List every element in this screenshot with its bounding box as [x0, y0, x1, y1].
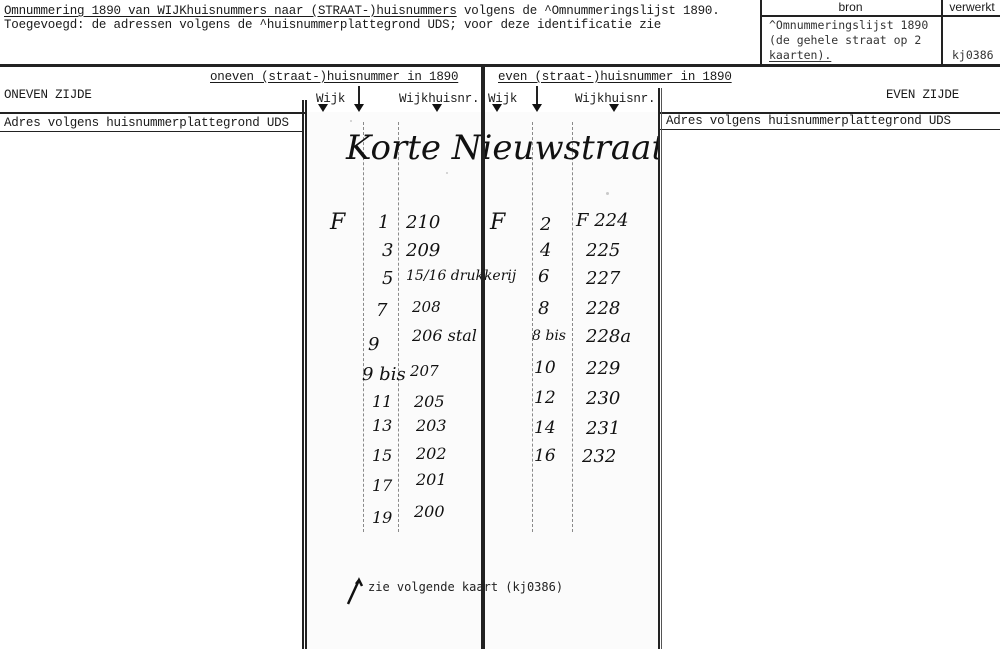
- odd-street-nr: 15: [372, 446, 392, 465]
- footnote-text: zie volgende kaart (kj0386): [368, 580, 563, 594]
- scan-right-border-inner: [661, 88, 662, 649]
- even-wijk-nr: 229: [586, 358, 620, 379]
- odd-street-nr: 3: [382, 240, 393, 261]
- even-street-nr: 12: [534, 388, 556, 408]
- odd-street-nr: 1: [378, 212, 389, 233]
- even-wijk-nr: 231: [586, 418, 620, 439]
- bron-header: bron: [760, 0, 941, 14]
- left-address-header: Adres volgens huisnummerplattegrond UDS: [4, 116, 289, 130]
- bron-line-2: (de gehele straat op 2: [769, 33, 928, 48]
- even-wijk-arrow-icon: [492, 104, 502, 112]
- even-wijk-nr: F 224: [576, 210, 629, 231]
- title-suffix: volgens de ^Omnummeringslijst 1890.: [457, 4, 720, 18]
- scan-left-border-inner: [305, 100, 307, 649]
- scan-rule: [532, 122, 533, 532]
- odd-wijk-nr: 201: [416, 470, 447, 489]
- scan-rule: [572, 122, 573, 532]
- even-street-nr: 2: [540, 214, 551, 235]
- scan-rule: [363, 122, 364, 532]
- bron-line-3: kaarten).: [769, 48, 928, 63]
- odd-wijkhuisnr-arrow-icon: [432, 104, 442, 112]
- odd-street-number-header: oneven (straat-)huisnummer in 1890: [210, 70, 458, 84]
- header-separator: [0, 64, 1000, 67]
- bron-line-1: ^Omnummeringslijst 1890: [769, 18, 928, 33]
- odd-street-nr: 9: [368, 334, 379, 355]
- pencil-mark-icon: [346, 576, 364, 606]
- source-box-header-line: [760, 15, 1000, 17]
- odd-wijk-nr: 200: [414, 502, 445, 521]
- even-wijk-nr: 230: [586, 388, 620, 409]
- even-street-nr: 8 bis: [532, 328, 566, 344]
- title-underlined: Omnummering 1890 van WIJKhuisnummers naa…: [4, 4, 457, 18]
- odd-wijk-nr: 205: [414, 392, 445, 411]
- document-subtitle: Toegevoegd: de adressen volgens de ^huis…: [4, 18, 661, 32]
- odd-wijk-nr: 15/16 drukkerij: [406, 268, 516, 284]
- even-street-nr: 10: [534, 358, 556, 378]
- oneven-zijde-label: ONEVEN ZIJDE: [4, 88, 92, 102]
- odd-street-nr: 5: [382, 268, 393, 289]
- scan-speck: [350, 120, 352, 122]
- even-wijk-letter: F: [490, 210, 505, 235]
- even-wijk-nr: 228a: [586, 326, 631, 347]
- even-zijde-label: EVEN ZIJDE: [886, 88, 959, 102]
- odd-wijk-nr: 206 stal: [412, 326, 477, 345]
- even-street-number-header: even (straat-)huisnummer in 1890: [498, 70, 732, 84]
- even-street-nr: 4: [540, 240, 551, 261]
- verwerkt-header: verwerkt: [944, 0, 1000, 14]
- odd-street-nr: 17: [372, 476, 392, 495]
- odd-street-arrow-icon: [354, 104, 364, 112]
- even-street-nr: 6: [538, 266, 549, 287]
- even-street-nr: 14: [534, 418, 556, 438]
- odd-street-nr: 13: [372, 416, 392, 435]
- even-street-nr: 8: [538, 298, 549, 319]
- even-wijk-nr: 227: [586, 268, 620, 289]
- odd-wijk-nr: 207: [410, 362, 439, 380]
- scan-right-border: [658, 88, 660, 649]
- scan-speck: [606, 192, 609, 195]
- left-address-header-text: Adres volgens huisnummerplattegrond UDS: [4, 116, 289, 130]
- odd-wijk-nr: 202: [416, 444, 447, 463]
- bron-value: ^Omnummeringslijst 1890 (de gehele straa…: [769, 18, 928, 63]
- odd-bracket-stem: [358, 86, 360, 106]
- odd-wijk-nr: 208: [412, 298, 441, 316]
- odd-street-nr: 11: [372, 392, 392, 411]
- scan-left-border-outer: [302, 100, 304, 649]
- right-address-header: Adres volgens huisnummerplattegrond UDS: [666, 114, 951, 128]
- right-address-underline: [660, 129, 1000, 130]
- odd-street-nr: 7: [376, 300, 387, 321]
- even-wijk-nr: 225: [586, 240, 620, 261]
- even-street-nr: 16: [534, 446, 556, 466]
- even-street-arrow-icon: [532, 104, 542, 112]
- source-box-divider: [941, 0, 943, 66]
- even-bracket-stem: [536, 86, 538, 106]
- street-name-handwritten: Korte Nieuwstraat: [346, 128, 658, 168]
- left-address-underline: [0, 131, 304, 132]
- odd-wijk-nr: 210: [406, 212, 440, 233]
- even-wijk-nr: 228: [586, 298, 620, 319]
- scan-rule: [398, 122, 399, 532]
- document-title: Omnummering 1890 van WIJKhuisnummers naa…: [4, 4, 720, 18]
- odd-wijk-nr: 203: [416, 416, 447, 435]
- odd-wijk-nr: 209: [406, 240, 440, 261]
- verwerkt-value: kj0386: [952, 48, 994, 62]
- center-divider: [481, 66, 485, 649]
- odd-wijk-arrow-icon: [318, 104, 328, 112]
- odd-street-nr: 9 bis: [362, 364, 406, 385]
- even-wijkhuisnr-arrow-icon: [609, 104, 619, 112]
- odd-wijk-letter: F: [330, 210, 345, 235]
- scan-speck: [446, 172, 448, 174]
- odd-street-nr: 19: [372, 508, 392, 527]
- even-wijk-nr: 232: [582, 446, 616, 467]
